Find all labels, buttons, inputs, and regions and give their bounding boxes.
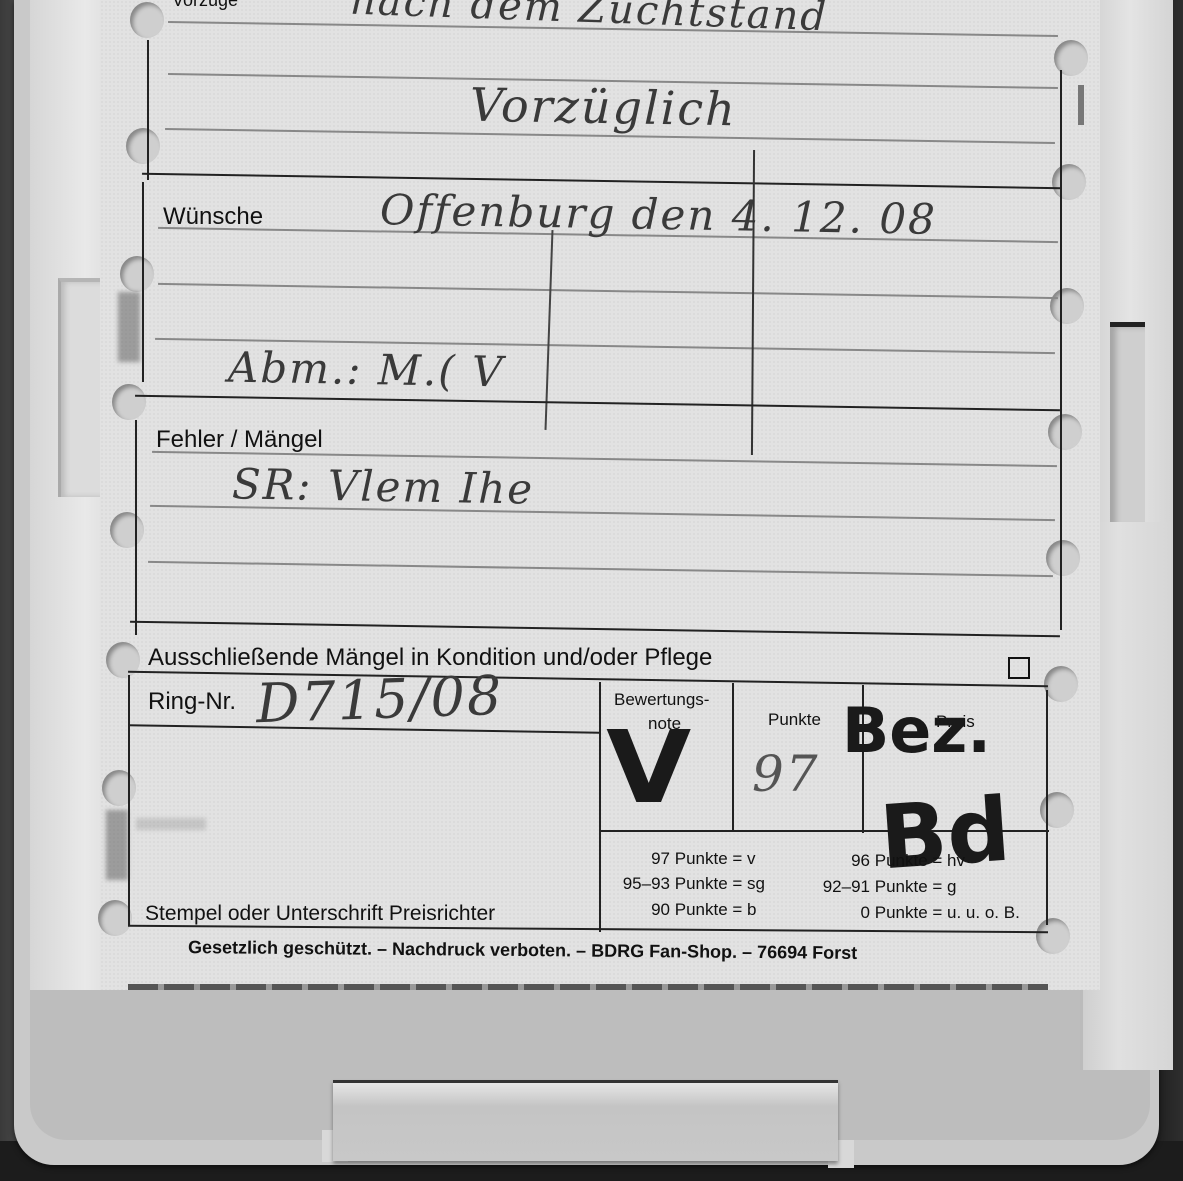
binder-hole bbox=[126, 128, 160, 164]
scale-range: 90 bbox=[600, 900, 670, 920]
bewertungsnote-value[interactable]: V bbox=[606, 718, 691, 818]
scale-range: 95–93 bbox=[600, 874, 670, 894]
holder-mark bbox=[1078, 85, 1084, 125]
scale-text: Punkte = u. u. o. B. bbox=[875, 903, 1020, 922]
ausschliessende-checkbox[interactable] bbox=[1008, 657, 1030, 679]
scale-row: 92–91 Punkte = g bbox=[800, 877, 957, 897]
vorzuege-entry[interactable]: Vorzüglich bbox=[470, 78, 738, 137]
scale-text: Punkte = g bbox=[875, 877, 957, 896]
binder-hole bbox=[110, 512, 144, 548]
preis-value-line1[interactable]: Bez. bbox=[842, 700, 991, 762]
binder-hole bbox=[102, 770, 136, 806]
binder-hole bbox=[120, 256, 154, 292]
card-border-right bbox=[1046, 690, 1048, 925]
ink-smudge bbox=[136, 818, 206, 830]
scale-row: 90 Punkte = b bbox=[600, 900, 757, 920]
binder-hole bbox=[1046, 540, 1080, 576]
scale-row: 96 Punkte = hv bbox=[800, 851, 965, 871]
binder-hole bbox=[98, 900, 132, 936]
ring-label: Ring-Nr. bbox=[148, 688, 236, 716]
wuensche-entry[interactable]: Offenburg den 4. 12. 08 bbox=[380, 185, 938, 244]
scale-range: 97 bbox=[600, 849, 670, 869]
card-border-left bbox=[128, 675, 130, 925]
scale-range: 92–91 bbox=[800, 877, 870, 897]
scale-row: 95–93 Punkte = sg bbox=[600, 874, 765, 894]
scale-range: 0 bbox=[800, 903, 870, 923]
grading-table-divider bbox=[732, 683, 734, 831]
ink-smudge bbox=[118, 292, 140, 362]
binder-hole bbox=[1044, 666, 1078, 702]
card-border-right bbox=[1060, 70, 1062, 630]
ring-number-value[interactable]: D715/08 bbox=[255, 664, 504, 736]
punkte-header: Punkte bbox=[768, 710, 821, 730]
ink-smudge bbox=[106, 810, 128, 880]
scale-range: 96 bbox=[800, 851, 870, 871]
wuensche-entry[interactable]: Abm.: M.( V bbox=[228, 343, 505, 397]
card-border-left bbox=[147, 40, 149, 180]
scale-row: 0 Punkte = u. u. o. B. bbox=[800, 903, 1020, 923]
card-border-left bbox=[135, 420, 137, 635]
stamp-signature-label: Stempel oder Unterschrift Preisrichter bbox=[145, 902, 495, 926]
grading-table-border bbox=[599, 682, 601, 932]
vorzuege-label: Vorzüge bbox=[172, 0, 238, 11]
fehler-label: Fehler / Mängel bbox=[156, 426, 323, 454]
bewertungsnote-header: Bewertungs- bbox=[614, 690, 709, 710]
scale-text: Punkte = hv bbox=[875, 851, 965, 870]
card-perforated-edge bbox=[128, 984, 1048, 990]
card-border-left bbox=[142, 182, 144, 382]
punkte-value[interactable]: 97 bbox=[752, 745, 820, 803]
holder-right-notch bbox=[1110, 322, 1145, 527]
binder-hole bbox=[1036, 918, 1070, 954]
holder-clip-tab[interactable] bbox=[333, 1080, 838, 1161]
scale-text: Punkte = b bbox=[675, 900, 757, 919]
binder-hole bbox=[1050, 288, 1084, 324]
scale-text: Punkte = v bbox=[675, 849, 756, 868]
binder-hole bbox=[1052, 164, 1086, 200]
fehler-entry[interactable]: SR: Vlem Ihe bbox=[232, 459, 535, 513]
binder-hole bbox=[112, 384, 146, 420]
binder-hole bbox=[1048, 414, 1082, 450]
scale-text: Punkte = sg bbox=[675, 874, 765, 893]
binder-hole bbox=[130, 2, 164, 38]
scale-row: 97 Punkte = v bbox=[600, 849, 756, 869]
